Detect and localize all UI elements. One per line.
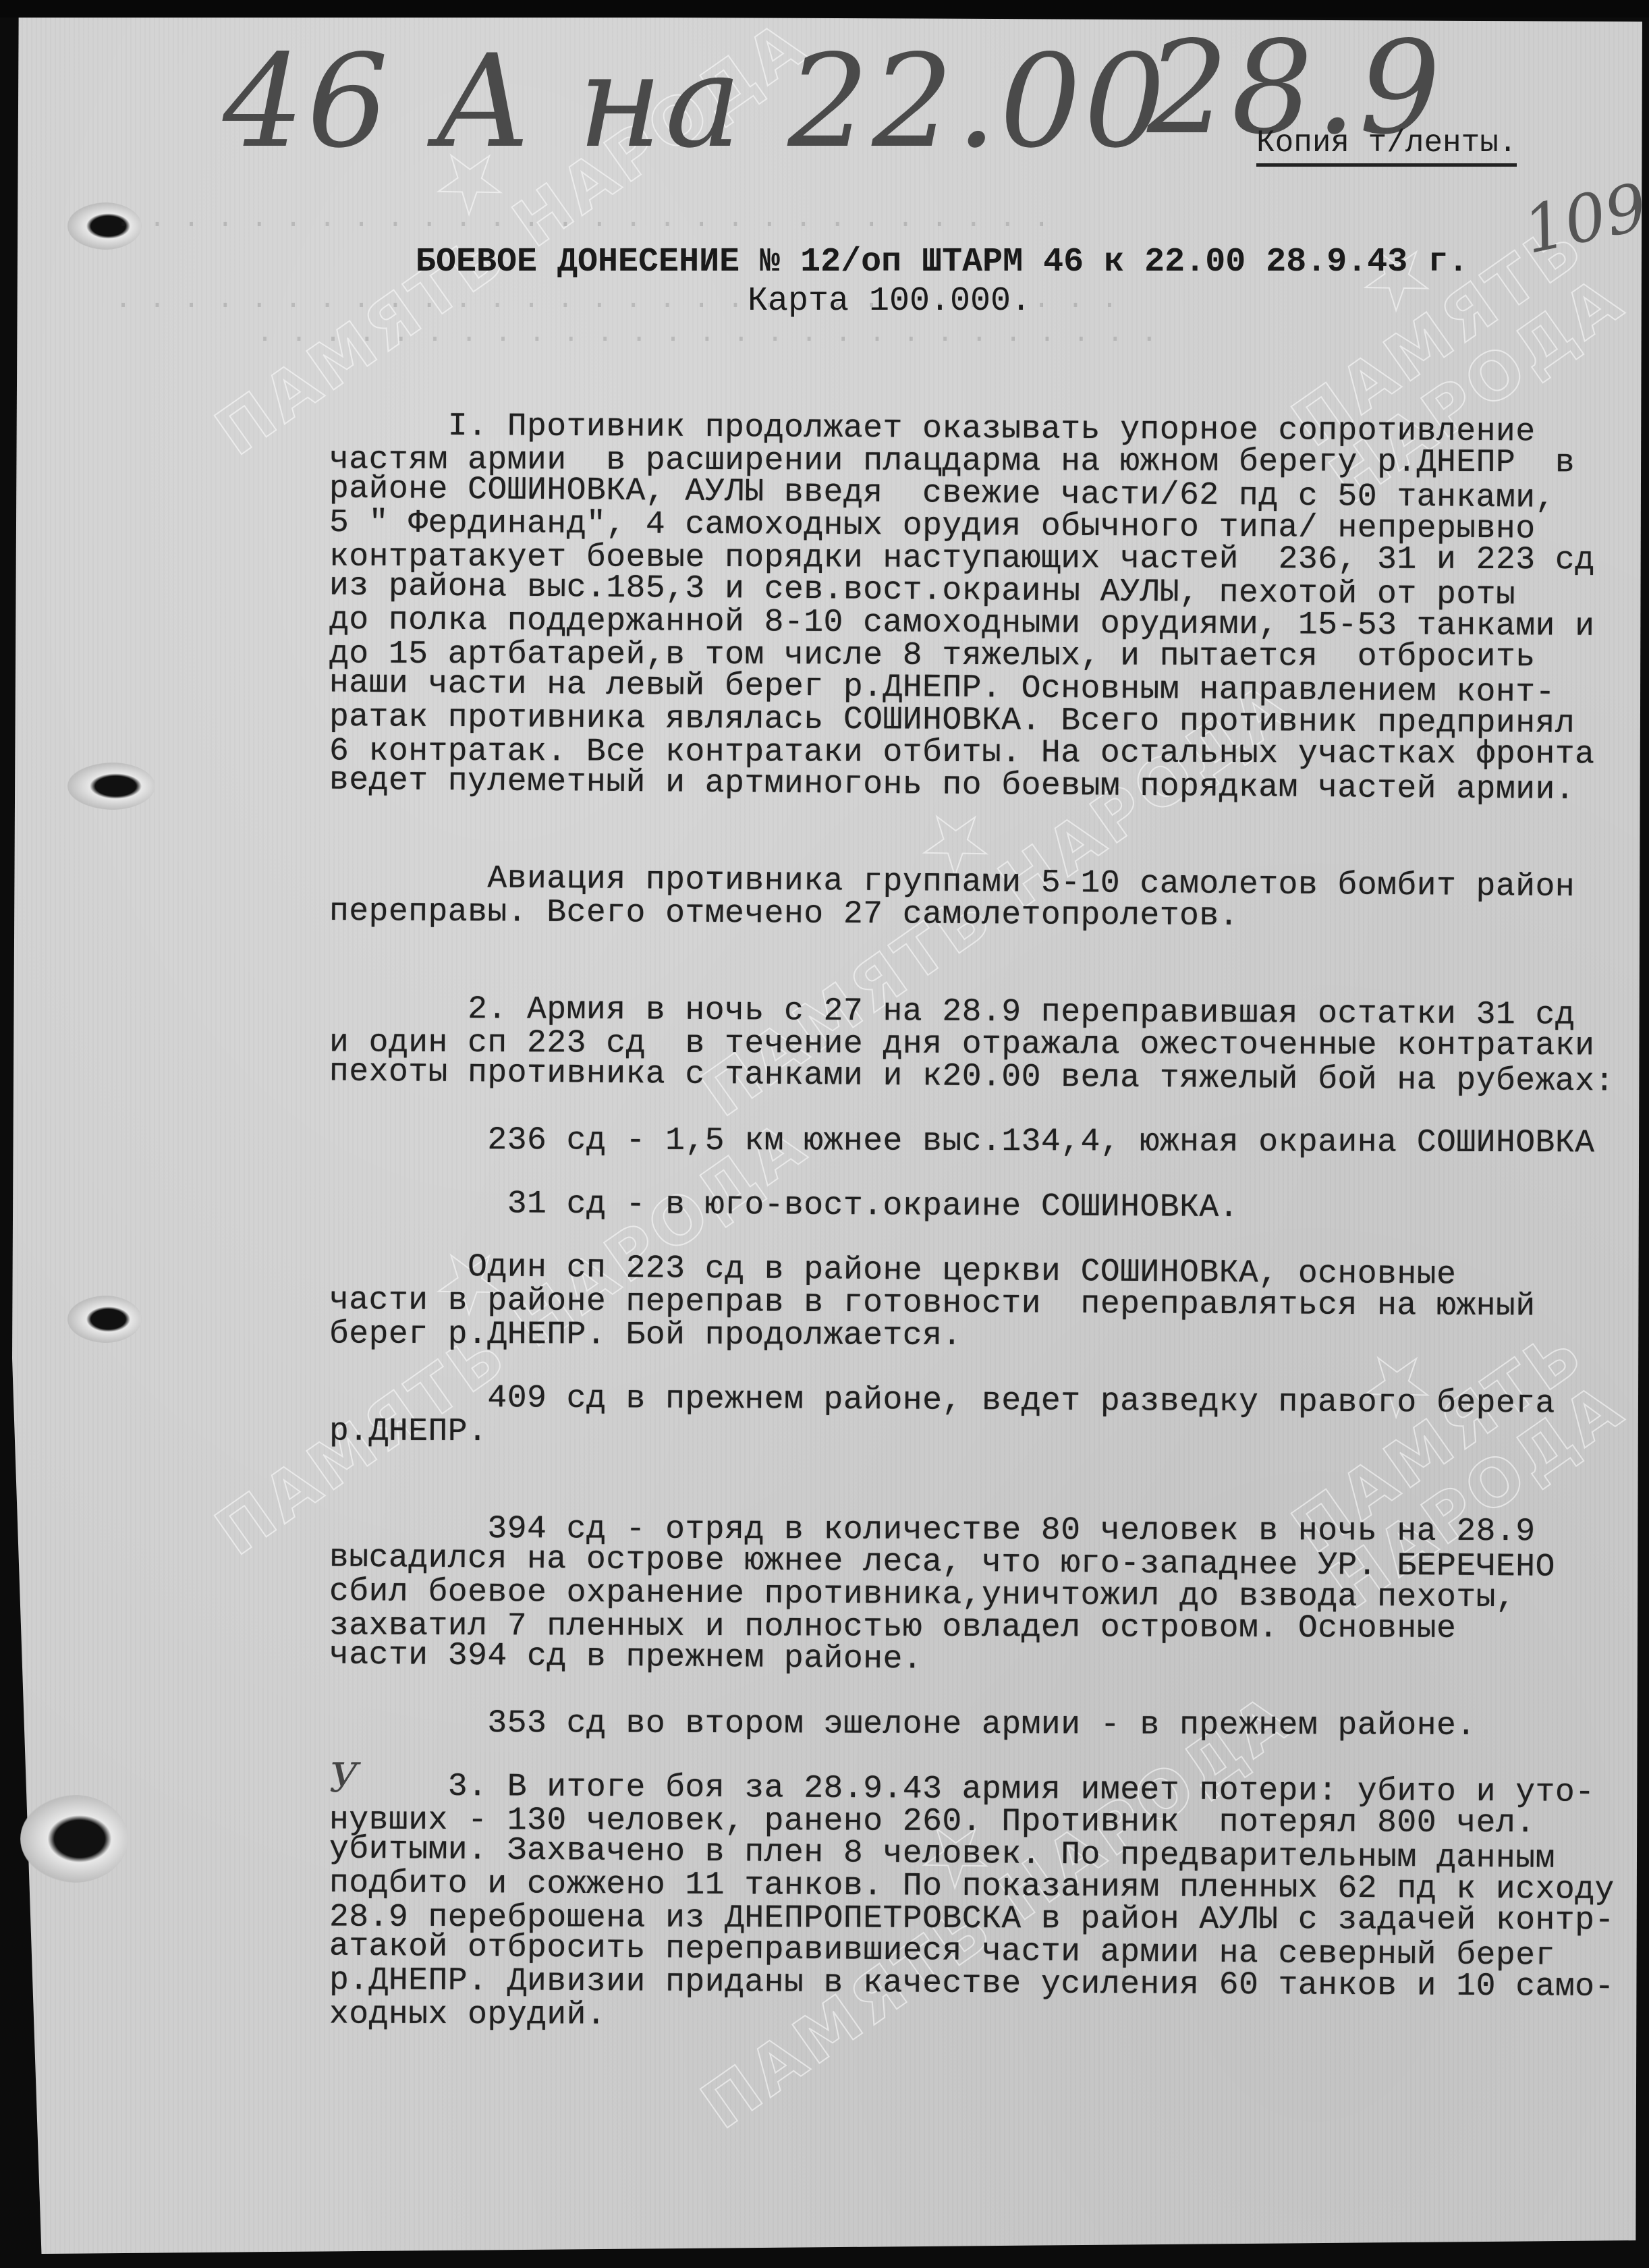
punch-hole — [67, 763, 155, 810]
body-line: 409 сд в прежнем районе, ведет разведку … — [329, 1381, 1615, 1420]
body-line: переправы. Всего отмечено 27 самолетопро… — [329, 895, 1615, 935]
punch-hole — [67, 1296, 142, 1343]
body-line — [329, 798, 1615, 837]
document-subtitle: Карта 100.000. — [748, 282, 1031, 321]
body-line: ходных орудий. — [329, 1999, 1615, 2035]
body-line: 31 сд - в юго-вост.окраине СОШИНОВКА. — [329, 1187, 1615, 1226]
copy-label: Копия т/ленты. — [1256, 126, 1517, 167]
document-body: I. Противник продолжает оказывать упорно… — [329, 413, 1615, 2032]
document-title: БОЕВОЕ ДОНЕСЕНИЕ № 12/оп ШТАРМ 46 к 22.0… — [416, 243, 1468, 281]
handwritten-header: 46 А на 22.00 — [223, 27, 1168, 176]
bleed-through-text: . . . . . . . . . . . . . . . . . . . . … — [256, 317, 1158, 350]
punch-hole — [20, 1795, 128, 1883]
bleed-through-text: . . . . . . . . . . . . . . . . . . . . … — [115, 202, 1050, 235]
